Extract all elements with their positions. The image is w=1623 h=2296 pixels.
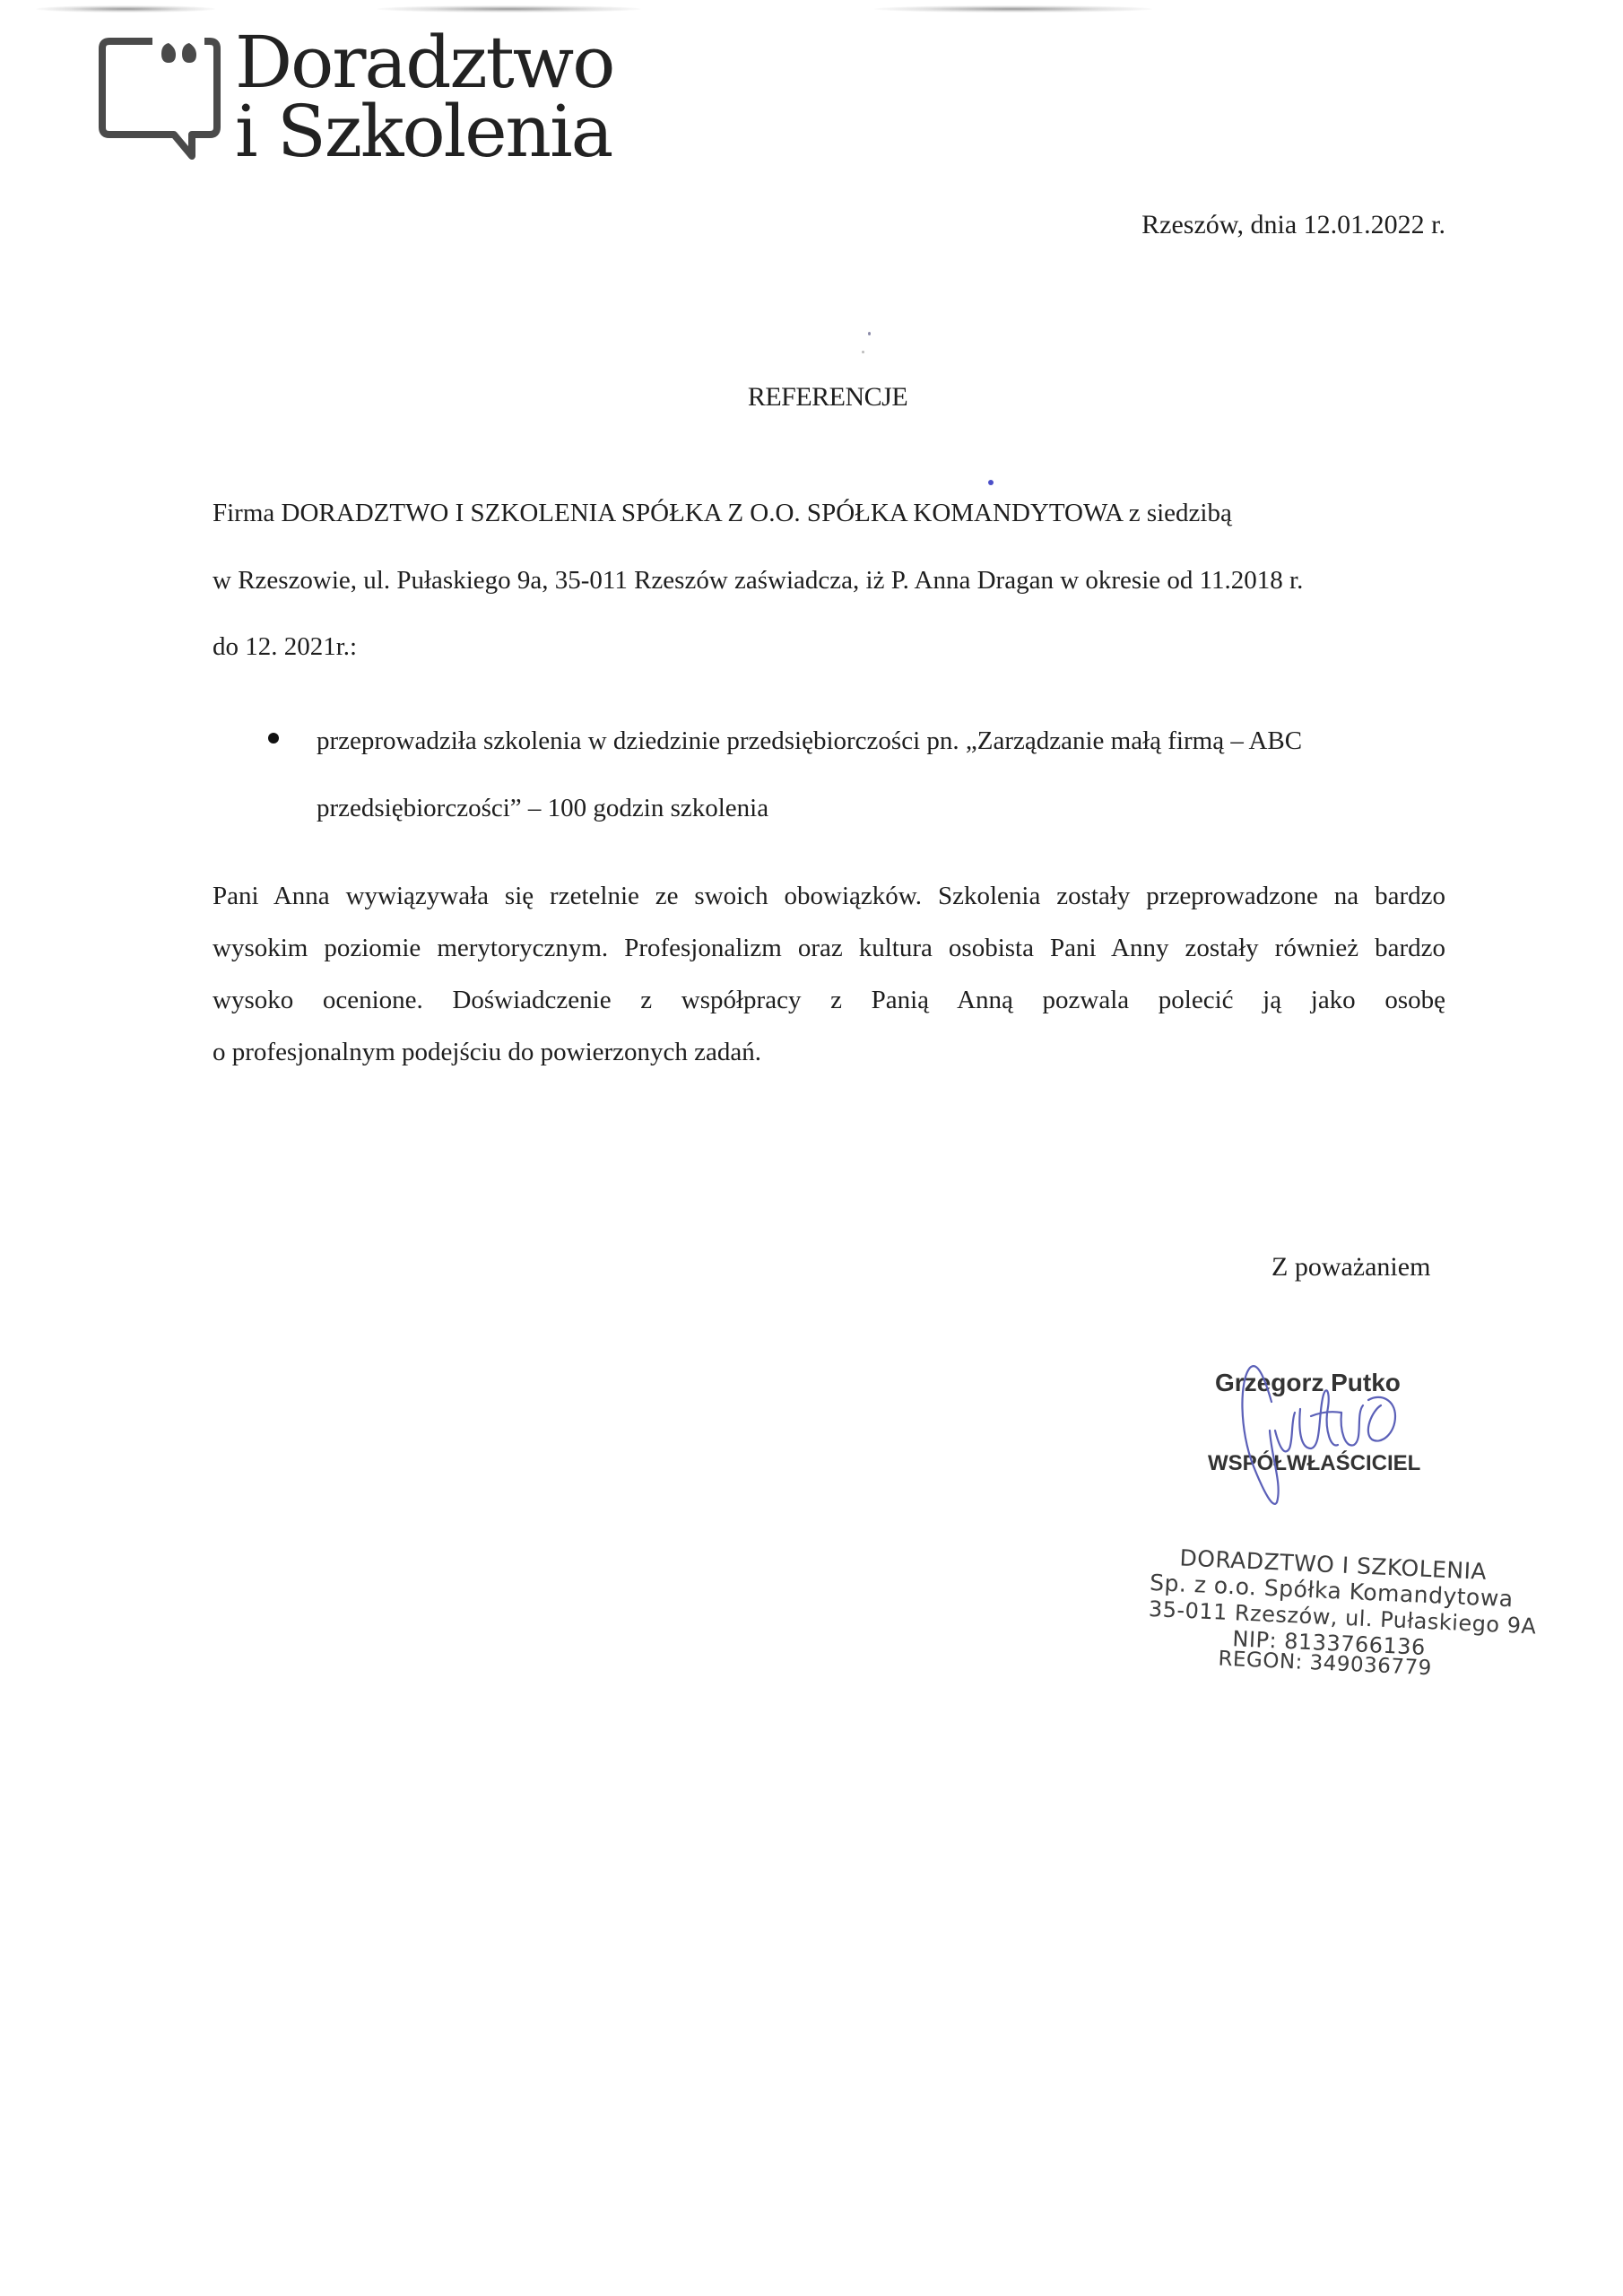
place-date: Rzeszów, dnia 12.01.2022 r. — [1141, 212, 1445, 239]
scan-artifact-line — [36, 5, 215, 13]
scan-artifact-line — [874, 5, 1152, 13]
paragraph-line: wysoko ocenione. Doświadczenie z współpr… — [213, 987, 1445, 1013]
logo-wordmark-line2: i Szkolenia — [235, 96, 612, 168]
logo-wordmark-line1: Doradztwo — [235, 27, 613, 99]
paragraph-line: wysokim poziomie merytorycznym. Profesjo… — [213, 935, 1445, 961]
bullet-text-line: przeprowadziła szkolenia w dziedzinie pr… — [317, 728, 1302, 754]
intro-line: do 12. 2021r.: — [213, 634, 357, 660]
handwritten-signature — [1237, 1359, 1426, 1516]
intro-line: Firma DORADZTWO I SZKOLENIA SPÓŁKA Z O.O… — [213, 500, 1232, 526]
company-stamp: DORADZTWO I SZKOLENIA Sp. z o.o. Spółka … — [1152, 1529, 1511, 1545]
intro-line: w Rzeszowie, ul. Pułaskiego 9a, 35-011 R… — [213, 568, 1303, 594]
paragraph-line: Pani Anna wywiązywała się rzetelnie ze s… — [213, 883, 1445, 909]
closing-phrase: Z poważaniem — [1271, 1254, 1430, 1281]
bullet-text-line: przedsiębiorczości” – 100 godzin szkolen… — [317, 796, 768, 822]
scan-speck — [862, 351, 864, 353]
bullet-icon — [268, 733, 279, 744]
speech-bubble-quote-icon — [97, 34, 227, 164]
ink-dot — [988, 480, 994, 485]
scan-speck — [868, 332, 871, 335]
document-title: REFERENCJE — [0, 384, 1623, 411]
scan-artifact-line — [377, 5, 641, 13]
paragraph-line: o profesjonalnym podejściu do powierzony… — [213, 1039, 761, 1065]
